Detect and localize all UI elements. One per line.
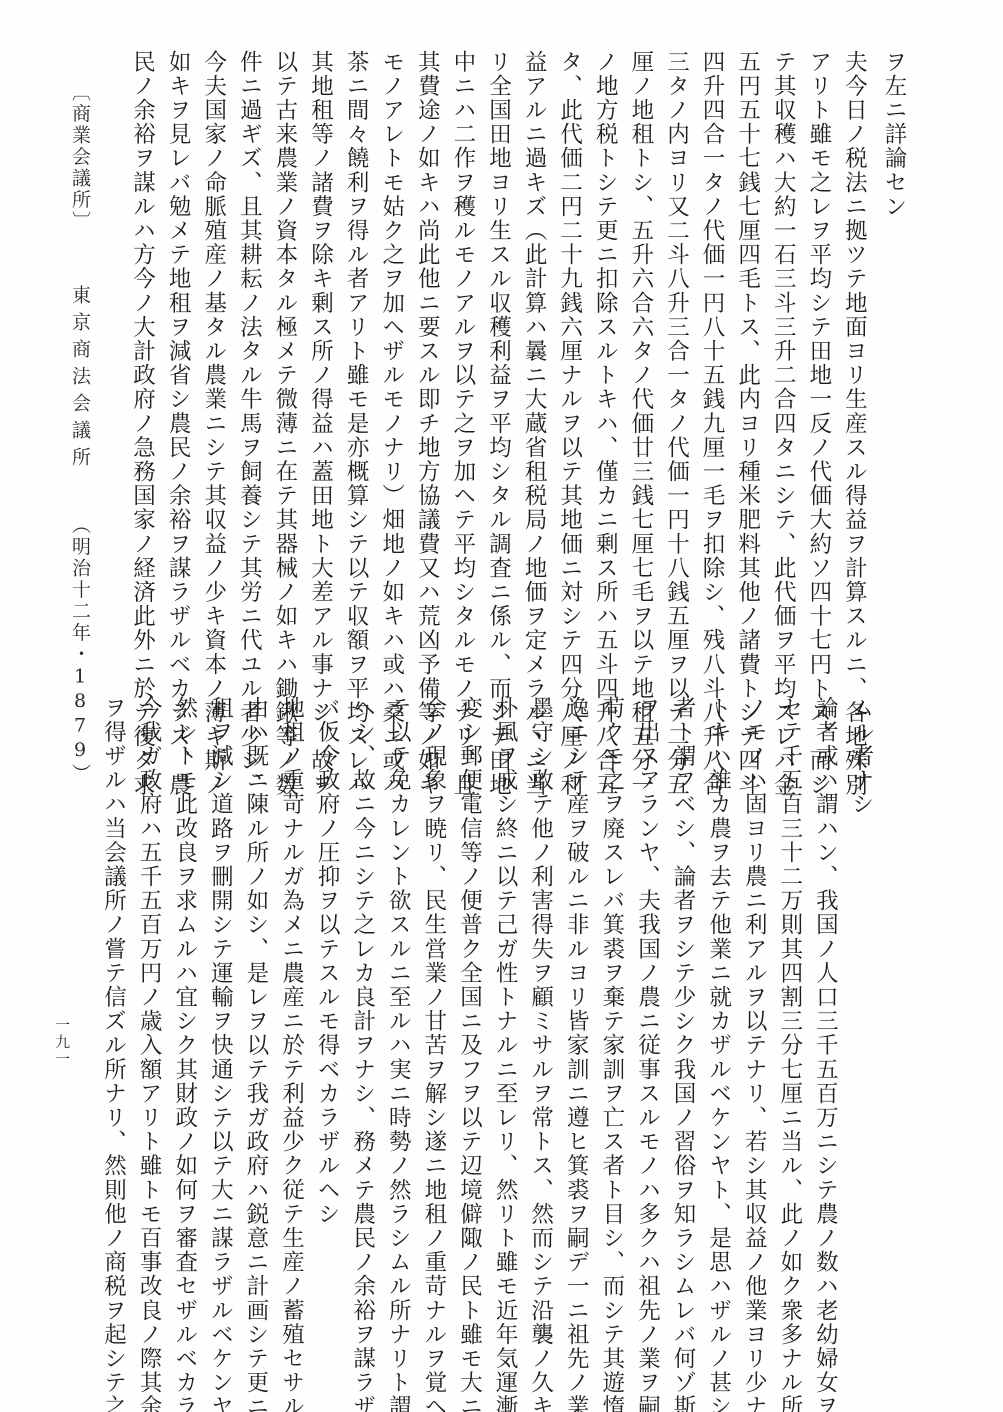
text-column: 夫今日ノ税法ニ拠ツテ地面ヨリ生産スル得益ヲ計算スルニ、各地殊別 xyxy=(836,50,872,670)
text-column: 中ニハ二作ヲ穫ルモノアルヲ以テ之ヲ加ヘテ平均シタルモノナリ、且 xyxy=(444,50,480,670)
text-column: 五円五十七銭七厘四毛トス、此内ヨリ種米肥料其他ノ諸費トシテ四斗 xyxy=(729,50,765,670)
text-column: 四升四合一タノ代価一円八十五銭九厘一毛ヲ扣除シ、残八斗八升八合 xyxy=(693,50,729,670)
attribution: 〔商業会議所〕 東京商法会議所 （明治十二年・1879） xyxy=(68,82,92,785)
text-column: 地租ノ重苛ナルガ為メニ農産ニ於テ利益少ク従テ生産ノ蓄殖セサル理 xyxy=(273,696,309,1336)
text-column: トキハ誰カ農ヲ去テ他業ニ就カザルベケンヤト、是思ハザルノ甚シキ xyxy=(700,696,736,1336)
attribution-date: （明治十二年・1879） xyxy=(68,515,92,785)
text-column: ヲ出スアランヤ、夫我国ノ農ニ従事スルモノハ多クハ祖先ノ業ヲ嗣キ xyxy=(629,696,665,1336)
upper-text-block: ヲ左ニ詳論セン 夫今日ノ税法ニ拠ツテ地面ヨリ生産スル得益ヲ計算スルニ、各地殊別 … xyxy=(124,50,911,670)
text-column: 租ヲ減シ道路ヲ刪開シテ運輸ヲ快通シテ以テ大ニ謀ラザルベケンヤ、 xyxy=(202,696,238,1336)
text-column: ノモノハ固ヨリ農ニ利アルヲ以テナリ、若シ其収益ノ他業ヨリ少ナキ xyxy=(736,696,772,1336)
text-column: 今夫国家ノ命脈殖産ノ基タル農業ニシテ其収益ノ少キ資本ノ薄キ斯ノ xyxy=(195,50,231,670)
text-column: 其地租等ノ諸費ヲ除キ剰ス所ノ得益ハ蓋田地ト大差アル事ナシ、故ヲ xyxy=(302,50,338,670)
text-column: 茶ニ間々饒利ヲ得ル者アリト雖モ是亦概算シテ以テ収額ヲ平均スレハ xyxy=(338,50,374,670)
text-column: ヲ得ザルハ当会議所ノ嘗テ信ズル所ナリ、然則他ノ商税ヲ起シテ之ヲ xyxy=(95,696,131,1336)
text-column: リ全国田地ヨリ生スル収穫利益ヲ平均シタル調査ニ係ル、而シテ田地 xyxy=(480,50,516,670)
text-column: 三タノ内ヨリ又二斗八升三合一タノ代価一円十八銭五厘ヲ以テ二分五 xyxy=(658,50,694,670)
text-column: バ仮令政府ノ圧抑ヲ以テスルモ得ベカラザルヘシ xyxy=(309,696,345,1336)
text-column: アリト雖モ之レヲ平均シテ田地一反ノ代価大約ソ四十七円トス、而シ xyxy=(800,50,836,670)
text-column: セテ千五百三十二万則其四割三分七厘ニ当ル、此ノ如ク衆多ナル所以 xyxy=(771,696,807,1336)
document-page: ヲ左ニ詳論セン 夫今日ノ税法ニ拠ツテ地面ヨリ生産スル得益ヲ計算スルニ、各地殊別 … xyxy=(0,0,1003,1412)
lower-text-block: ムル者ナシ 論者或ハ謂ハン、我国ノ人口三千五百万ニシテ農ノ数ハ老幼婦女ヲ併 セテ… xyxy=(95,696,878,1336)
text-column: 今我ガ政府ハ五千五百万円ノ歳入額アリト雖トモ百事改良ノ際其余贏 xyxy=(131,696,167,1336)
text-column: 以テ古来農業ノ資本タル極メテ微薄ニ在テ其器械ノ如キハ鋤鍬等ノ数 xyxy=(266,50,302,670)
text-column: 論者或ハ謂ハン、我国ノ人口三千五百万ニシテ農ノ数ハ老幼婦女ヲ併 xyxy=(807,696,843,1336)
text-column: 会ノ現象ヲ暁リ、民生営業ノ甘苦ヲ解シ遂ニ地租ノ重苛ナルヲ覚ヘ訴 xyxy=(415,696,451,1336)
attribution-name: 東京商法会議所 xyxy=(68,285,92,474)
page-number: 一九一 xyxy=(52,1017,73,1068)
text-column: モノアレトモ姑ク之ヲ加ヘザルモノナリ）畑地ノ如キハ或ハ桑ニ或ハ xyxy=(373,50,409,670)
text-column: 苟クモ之ヲ廃スレバ箕裘ヲ棄テ家訓ヲ亡ス者ト目シ、而シテ其遊惰放 xyxy=(593,696,629,1336)
text-column: 変シ郵便電信等ノ便普ク全国ニ及フヲ以テ辺境僻陬ノ民ト雖モ大ニ社 xyxy=(451,696,487,1336)
text-column: 朴風ヲ成シ終ニ以テ己ガ性トナルニ至レリ、然リト雖モ近年気運漸ク xyxy=(486,696,522,1336)
text-column: テ其収穫ハ大約一石三斗三升二合四タニシテ、此代価ヲ平均スレバ金 xyxy=(765,50,801,670)
text-column: ヲ左ニ詳論セン xyxy=(875,50,911,670)
text-column: ノ地方税トシテ更ニ扣除スルトキハ、僅カニ剰ス所ハ五斗四升八合五 xyxy=(587,50,623,670)
text-column: 如キヲ見レバ勉メテ地租ヲ減省シ農民ノ余裕ヲ謀ラザルベカラズ、農 xyxy=(160,50,196,670)
text-column: 其費途ノ如キハ尚此他ニ要スル即チ地方協議費又ハ荒凶予備等ノ如キ xyxy=(409,50,445,670)
text-column: 墨守シ敢テ他ノ利害得失ヲ顧ミサルヲ常トス、然而シテ沿襲ノ久キ純 xyxy=(522,696,558,1336)
text-column: テ以テ免カレント欲スルニ至ルハ実ニ時勢ノ然ラシムル所ナリト謂フ xyxy=(380,696,416,1336)
text-column: 逸ニシテ産ヲ破ルニ非ルヨリ皆家訓ニ遵ヒ箕裘ヲ嗣デ一ニ祖先ノ業ヲ xyxy=(558,696,594,1336)
text-column: 由ハ既ニ陳ル所ノ如シ、是レヲ以テ我ガ政府ハ鋭意ニ計画シテ更ニ地 xyxy=(237,696,273,1336)
attribution-organization: 〔商業会議所〕 xyxy=(68,82,92,233)
text-column: 厘ノ地租トシ、五升六合六タノ代価廿三銭七厘七毛ヲ以テ地租五分一 xyxy=(622,50,658,670)
text-column: 件ニ過ギズ、且其耕耘ノ法タル牛馬ヲ飼養シテ其労ニ代ユル者少シ、 xyxy=(231,50,267,670)
text-column: タ、此代価二円二十九銭六厘ナルヲ以テ其地価ニ対シテ四分八厘ノ利 xyxy=(551,50,587,670)
text-column: 者ト謂フベシ、論者ヲシテ少シク我国ノ習俗ヲ知ラシムレバ何ゾ斯言 xyxy=(664,696,700,1336)
text-column: ムル者ナシ xyxy=(842,696,878,1336)
text-column: 然レトモ此改良ヲ求ムルハ宜シク其財政ノ如何ヲ審査セザルベカラズ xyxy=(166,696,202,1336)
text-column: ヘシ、故ニ今ニシテ之レカ良計ヲナシ、務メテ農民ノ余裕ヲ謀ラザレ xyxy=(344,696,380,1336)
text-column: 民ノ余裕ヲ謀ルハ方今ノ大計政府ノ急務国家ノ経済此外ニ於テ復タ求 xyxy=(124,50,160,670)
text-column: 益アルニ過キズ（此計算ハ曩ニ大蔵省租税局ノ地価ヲ定メラル丶ニ当 xyxy=(515,50,551,670)
